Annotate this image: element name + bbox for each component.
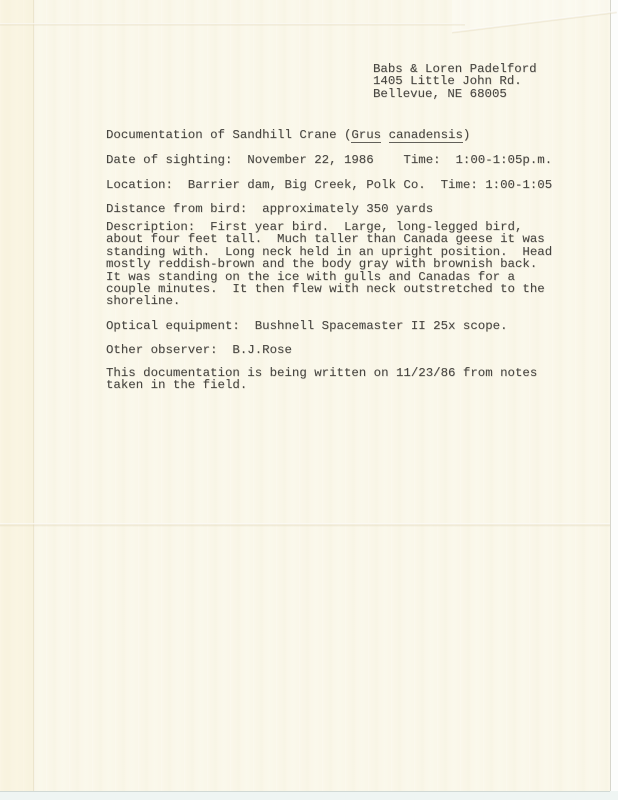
distance-from-bird-line: Distance from bird: approximately 350 ya… [106,203,433,215]
title-suffix: ) [463,128,470,142]
optical-equipment-line: Optical equipment: Bushnell Spacemaster … [106,320,508,332]
letterhead-street: 1405 Little John Rd. [373,75,537,87]
document-title: Documentation of Sandhill Crane (Grus ca… [106,129,470,141]
paper-left-fold-strip [0,0,33,791]
closing-note: This documentation is being written on 1… [106,367,537,392]
scan-background-right [610,0,618,800]
letterhead-address-block: Babs & Loren Padelford1405 Little John R… [373,63,537,100]
title-word-space [381,128,388,142]
scanned-document: Babs & Loren Padelford1405 Little John R… [0,0,618,800]
description-paragraph: Description: First year bird. Large, lon… [106,221,552,308]
scan-background-bottom [0,791,618,800]
title-species-underlined: canadensis [389,128,463,143]
other-observer-line: Other observer: B.J.Rose [106,344,292,356]
paper-sheet: Babs & Loren Padelford1405 Little John R… [0,0,610,791]
middle-fold-crease [0,523,610,527]
top-fold-crease [0,23,465,26]
date-of-sighting-line: Date of sighting: November 22, 1986 Time… [106,154,552,166]
vertical-fold-crease [33,0,35,791]
title-prefix: Documentation of Sandhill Crane ( [106,128,351,142]
location-line: Location: Barrier dam, Big Creek, Polk C… [106,179,552,191]
paper-texture [0,0,610,791]
letterhead-city-state-zip: Bellevue, NE 68005 [373,88,537,100]
title-genus-underlined: Grus [351,128,381,143]
